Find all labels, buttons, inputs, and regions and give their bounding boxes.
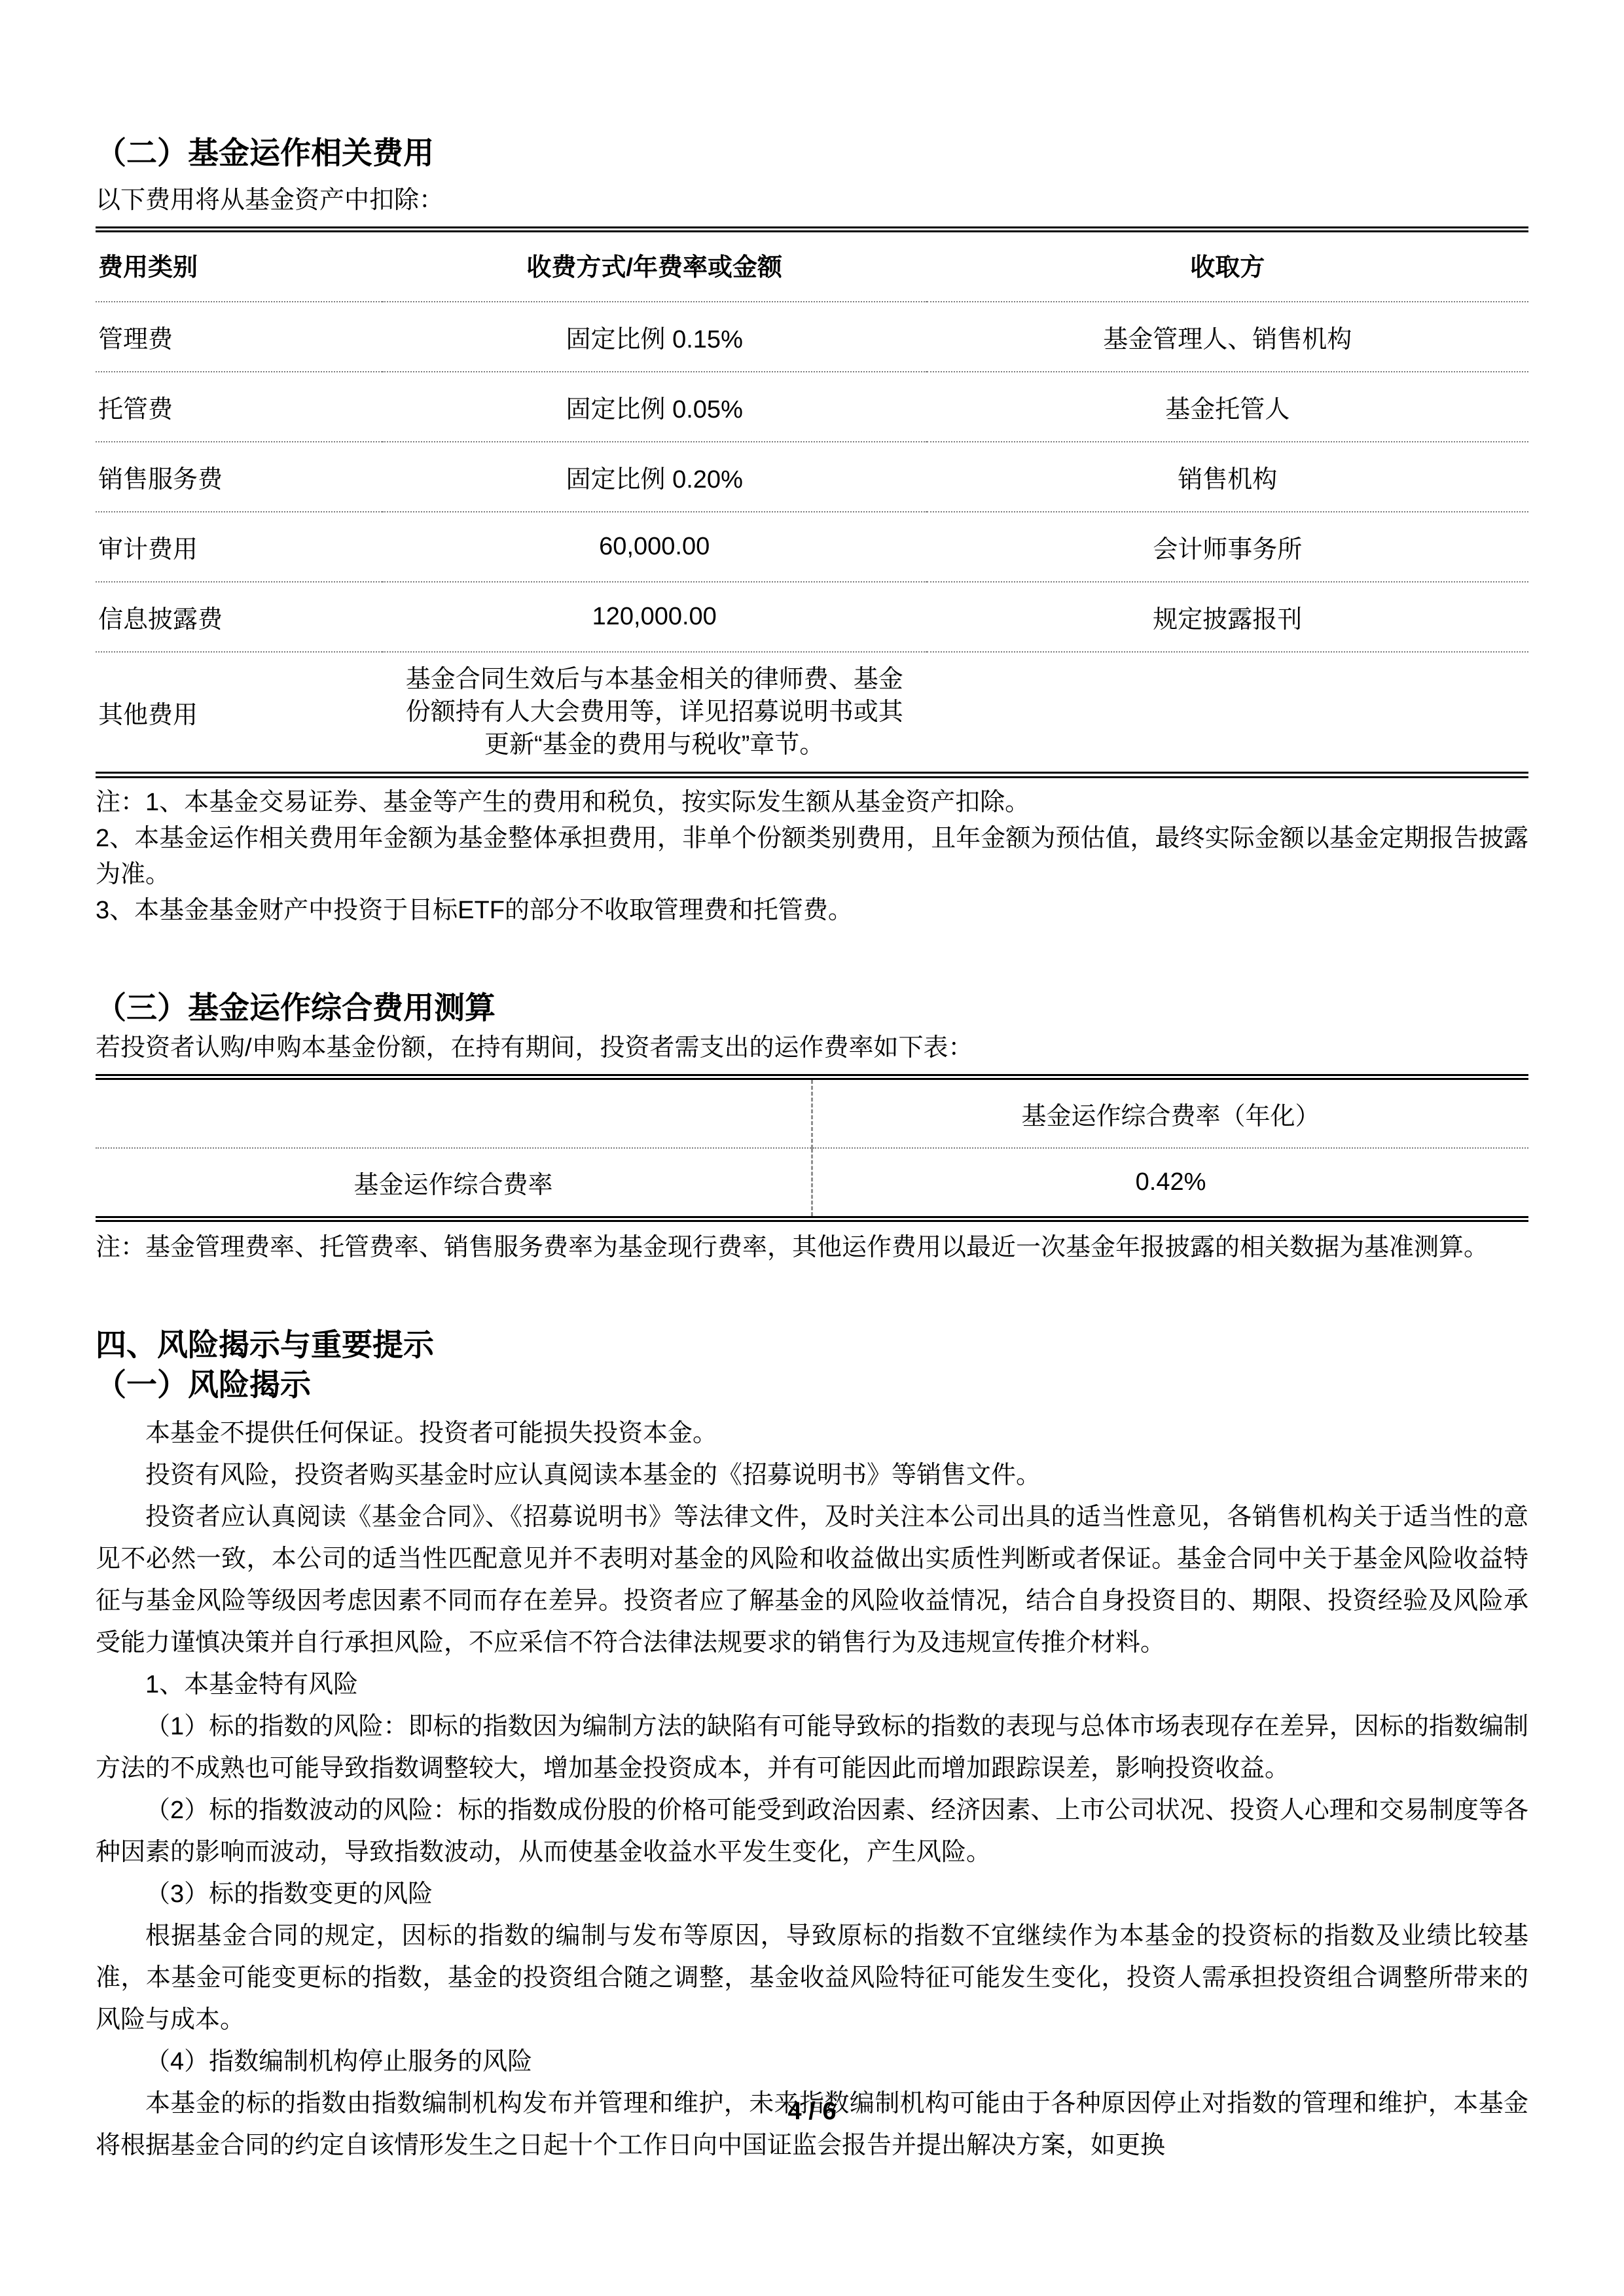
section-heading: （三）基金运作综合费用测算 [96,989,1528,1026]
fee-category: 审计费用 [96,512,382,582]
table-row: 基金运作综合费率 0.42% [96,1148,1528,1219]
section-risk-disclosure: 四、风险揭示与重要提示 （一）风险揭示 本基金不提供任何保证。投资者可能损失投资… [96,1326,1528,2167]
section-composite-fee: （三）基金运作综合费用测算 若投资者认购/申购本基金份额，在持有期间，投资者需支… [96,989,1528,1265]
fee-method: 60,000.00 [382,512,927,582]
paragraph: 1、本基金特有风险 [96,1664,1528,1706]
table-row: 销售服务费 固定比例 0.20% 销售机构 [96,442,1528,512]
section-intro: 以下费用将从基金资产中扣除： [96,182,1528,219]
composite-rate-label: 基金运作综合费率 [96,1148,812,1219]
column-header-method: 收费方式/年费率或金额 [382,230,927,302]
fee-category: 其他费用 [96,652,382,775]
fee-recipient: 销售机构 [927,442,1528,512]
fee-method: 固定比例 0.15% [382,302,927,372]
chapter-heading: 四、风险揭示与重要提示 [96,1326,1528,1363]
fee-category: 管理费 [96,302,382,372]
fee-recipient: 会计师事务所 [927,512,1528,582]
composite-fee-table: 基金运作综合费率（年化） 基金运作综合费率 0.42% [96,1074,1528,1222]
page-number: 4 / 6 [0,2098,1624,2126]
fee-method: 基金合同生效后与本基金相关的律师费、基金份额持有人大会费用等，详见招募说明书或其… [382,652,927,775]
table-row: 审计费用 60,000.00 会计师事务所 [96,512,1528,582]
fee-category: 销售服务费 [96,442,382,512]
paragraph: 本基金不提供任何保证。投资者可能损失投资本金。 [96,1412,1528,1454]
table-row: 管理费 固定比例 0.15% 基金管理人、销售机构 [96,302,1528,372]
paragraph: （1）标的指数的风险：即标的指数因为编制方法的缺陷有可能导致标的指数的表现与总体… [96,1706,1528,1789]
table-row: 其他费用 基金合同生效后与本基金相关的律师费、基金份额持有人大会费用等，详见招募… [96,652,1528,775]
fee-category: 信息披露费 [96,582,382,652]
paragraph: （4）指数编制机构停止服务的风险 [96,2041,1528,2083]
fee-method: 固定比例 0.05% [382,372,927,442]
fee-table: 费用类别 收费方式/年费率或金额 收取方 管理费 固定比例 0.15% 基金管理… [96,226,1528,778]
paragraph: 投资者应认真阅读《基金合同》、《招募说明书》等法律文件，及时关注本公司出具的适当… [96,1496,1528,1664]
fee-method: 120,000.00 [382,582,927,652]
table-row: 信息披露费 120,000.00 规定披露报刊 [96,582,1528,652]
fee-table-header-row: 费用类别 收费方式/年费率或金额 收取方 [96,230,1528,302]
composite-table-header-row: 基金运作综合费率（年化） [96,1077,1528,1148]
section-operation-fees: （二）基金运作相关费用 以下费用将从基金资产中扣除： 费用类别 收费方式/年费率… [96,134,1528,929]
fee-recipient: 基金管理人、销售机构 [927,302,1528,372]
empty-header-cell [96,1077,812,1148]
table-note: 2、本基金运作相关费用年金额为基金整体承担费用，非单个份额类别费用，且年金额为预… [96,821,1528,893]
table-note: 3、本基金基金财产中投资于目标ETF的部分不收取管理费和托管费。 [96,893,1528,929]
fee-category: 托管费 [96,372,382,442]
composite-rate-value: 0.42% [812,1148,1529,1219]
paragraph: 投资有风险，投资者购买基金时应认真阅读本基金的《招募说明书》等销售文件。 [96,1454,1528,1496]
fee-recipient: 规定披露报刊 [927,582,1528,652]
fee-method: 固定比例 0.20% [382,442,927,512]
section-intro: 若投资者认购/申购本基金份额，在持有期间，投资者需支出的运作费率如下表： [96,1030,1528,1066]
section-heading: （二）基金运作相关费用 [96,134,1528,171]
table-row: 托管费 固定比例 0.05% 基金托管人 [96,372,1528,442]
section-subheading: （一）风险揭示 [96,1366,1528,1403]
paragraph: 根据基金合同的规定，因标的指数的编制与发布等原因，导致原标的指数不宜继续作为本基… [96,1915,1528,2041]
fee-recipient [927,652,1528,775]
column-header-annualized-rate: 基金运作综合费率（年化） [812,1077,1529,1148]
document-page: （二）基金运作相关费用 以下费用将从基金资产中扣除： 费用类别 收费方式/年费率… [0,0,1624,2296]
paragraph: （3）标的指数变更的风险 [96,1873,1528,1915]
paragraph: （2）标的指数波动的风险：标的指数成份股的价格可能受到政治因素、经济因素、上市公… [96,1789,1528,1873]
table-note: 注：基金管理费率、托管费率、销售服务费率为基金现行费率，其他运作费用以最近一次基… [96,1230,1528,1266]
column-header-recipient: 收取方 [927,230,1528,302]
table-note: 注：1、本基金交易证券、基金等产生的费用和税负，按实际发生额从基金资产扣除。 [96,785,1528,821]
fee-recipient: 基金托管人 [927,372,1528,442]
column-header-category: 费用类别 [96,230,382,302]
